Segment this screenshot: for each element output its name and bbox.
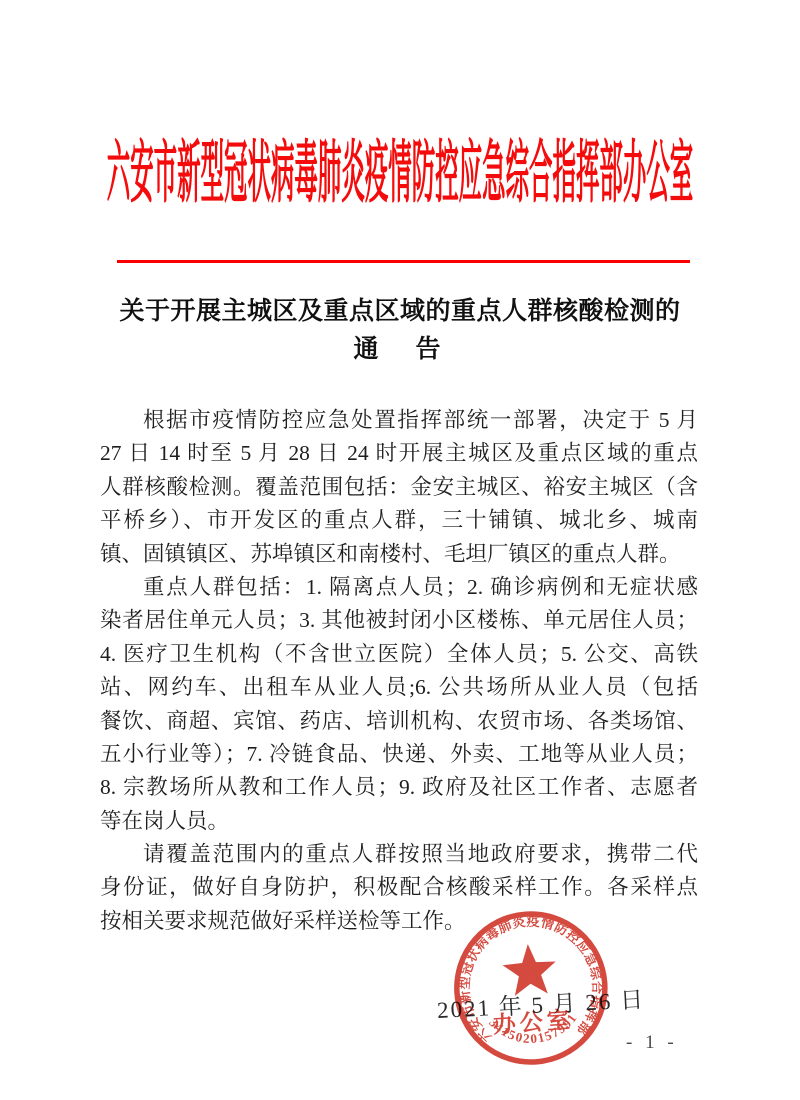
body-line: 染者居住单元人员；3. 其他被封闭小区楼栋、单元居住人员； [100, 604, 698, 637]
letterhead: 六安市新型冠状病毒肺炎疫情防控应急综合指挥部办公室 [100, 132, 700, 202]
body-line: 身份证，做好自身防护，积极配合核酸采样工作。各采样点 [100, 871, 698, 904]
document-title-line2: 通 告 [0, 329, 800, 365]
body-line: 五小行业等）；7. 冷链食品、快递、外卖、工地等从业人员； [100, 738, 698, 771]
body-line: 站、网约车、出租车从业人员;6. 公共场所从业人员（包括 [100, 671, 698, 704]
body-paragraphs: 根据市疫情防控应急处置指挥部统一部署，决定于 5 月27 日 14 时至 5 月… [100, 404, 698, 938]
scanned-notice-page: 六安市新型冠状病毒肺炎疫情防控应急综合指挥部办公室 关于开展主城区及重点区域的重… [0, 0, 800, 1100]
body-line: 请覆盖范围内的重点人群按照当地政府要求，携带二代 [100, 838, 698, 871]
body-line: 重点人群包括：1. 隔离点人员；2. 确诊病例和无症状感 [100, 571, 698, 604]
document-title-line1: 关于开展主城区及重点区域的重点人群核酸检测的 [0, 291, 800, 327]
body-line: 按相关要求规范做好采样送检等工作。 [100, 905, 698, 938]
document-date: 2021 年 5 月 26 日 [436, 981, 646, 1025]
page-number: - 1 - [626, 1032, 678, 1054]
body-line: 餐饮、商超、宾馆、药店、培训机构、农贸市场、各类场馆、 [100, 705, 698, 738]
body-line: 4. 医疗卫生机构（不含世立医院）全体人员；5. 公交、高铁 [100, 638, 698, 671]
body-line: 根据市疫情防控应急处置指挥部统一部署，决定于 5 月 [100, 404, 698, 437]
body-line: 平桥乡）、市开发区的重点人群，三十铺镇、城北乡、城南 [100, 504, 698, 537]
body-line: 镇、固镇镇区、苏埠镇区和南楼村、毛坦厂镇区的重点人群。 [100, 538, 698, 571]
body-line: 27 日 14 时至 5 月 28 日 24 时开展主城区及重点区域的重点 [100, 437, 698, 470]
body-line: 等在岗人员。 [100, 805, 698, 838]
letterhead-rule [117, 260, 690, 263]
body-line: 人群核酸检测。覆盖范围包括：金安主城区、裕安主城区（含 [100, 471, 698, 504]
body-line: 8. 宗教场所从教和工作人员；9. 政府及社区工作者、志愿者 [100, 771, 698, 804]
issuing-office-title: 六安市新型冠状病毒肺炎疫情防控应急综合指挥部办公室 [107, 119, 694, 216]
